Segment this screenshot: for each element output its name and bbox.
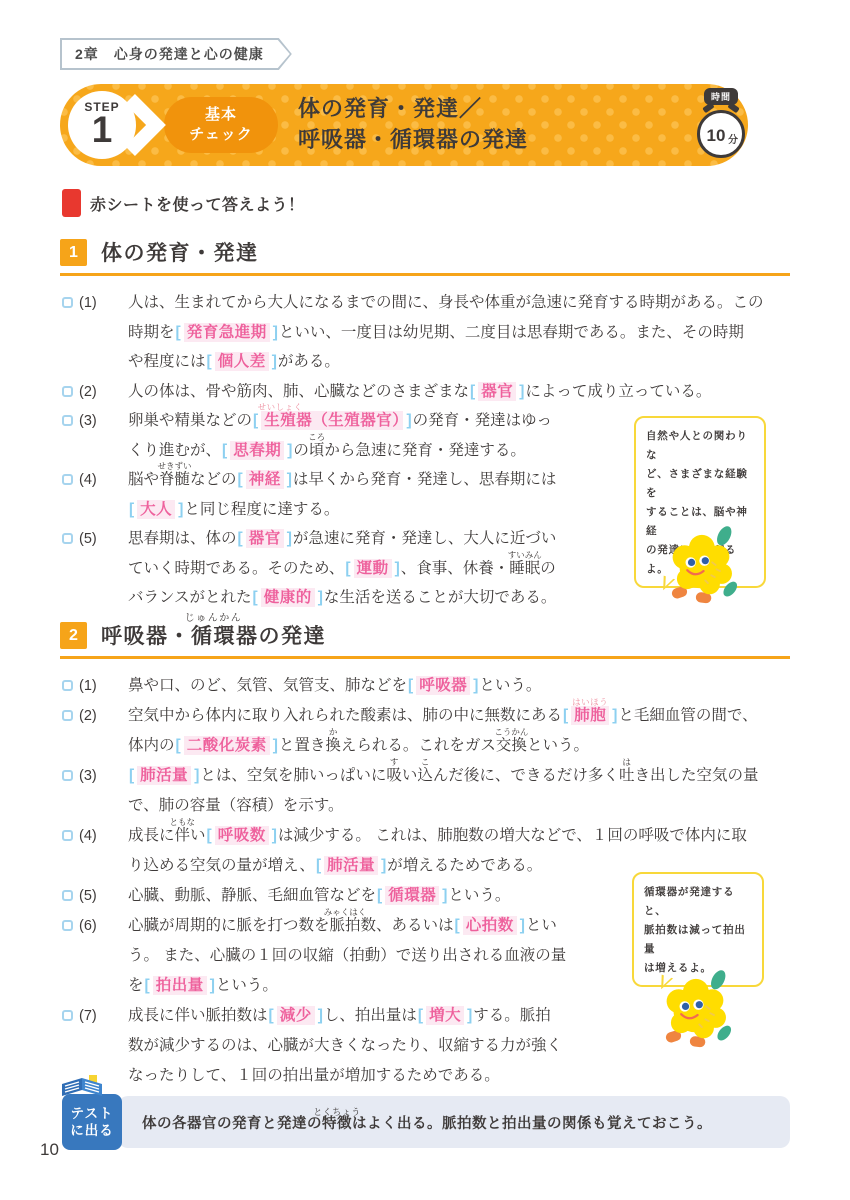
bracket-close: ] — [519, 917, 526, 934]
answer-checkbox[interactable] — [62, 415, 73, 426]
lesson-title: 体の発育・発達／ 呼吸器・循環器の発達 — [298, 93, 528, 155]
ruby-word: すいみん睡眠 — [509, 560, 540, 577]
question-item: (3)[肺活量]とは、空気を肺いっぱいにす吸いこ込んだ後に、できるだけ多くは吐き… — [60, 761, 790, 821]
step-banner: STEP 1 基本 チェック 体の発育・発達／ 呼吸器・循環器の発達 時間 10… — [60, 84, 748, 166]
bracket-open: [ — [237, 471, 244, 488]
question-marker: (2) — [60, 377, 128, 407]
answer-checkbox[interactable] — [62, 710, 73, 721]
step-badge: STEP 1 — [68, 91, 136, 159]
section-title: 呼吸器・じゅんかん循環器の発達 — [101, 620, 326, 650]
section-heading: 1体の発育・発達 — [60, 237, 790, 276]
furigana: じゅんかん — [185, 615, 243, 624]
bubble-line: 脈拍数は減って拍出量 — [644, 921, 752, 959]
workbook-page: 2章 心身の発達と心の健康 STEP 1 基本 チェック 体の発育・発達／ 呼吸… — [0, 0, 850, 1200]
ruby-word: ころ頃 — [309, 442, 325, 459]
ruby-word: はいほう肺胞 — [574, 707, 606, 724]
question-marker: (3) — [60, 406, 128, 436]
bracket-open: [ — [469, 383, 476, 400]
furigana: ころ — [308, 433, 325, 442]
question-line: 空気中から体内に取り入れられた酸素は、肺の中に無数にある[はいほう肺胞]と毛細血… — [128, 701, 790, 731]
furigana: こうかん — [494, 728, 528, 737]
question-line: 人は、生まれてから大人になるまでの間に、身長や体重が急速に発育する時期がある。こ… — [128, 288, 790, 318]
ruby-word: じゅんかん循環 — [191, 625, 236, 648]
question-number: (7) — [79, 1008, 97, 1024]
answer-checkbox[interactable] — [62, 830, 73, 841]
answer-checkbox[interactable] — [62, 890, 73, 901]
bracket-open: [ — [252, 589, 259, 606]
question-item: (1)鼻や口、のど、気管、気管支、肺などを[呼吸器]という。 — [60, 671, 790, 701]
book-icon — [58, 1074, 110, 1102]
ruby-word: とくちょう特徴 — [322, 1116, 352, 1132]
answer-checkbox[interactable] — [62, 474, 73, 485]
furigana: みゃくはく — [324, 908, 367, 917]
answer-checkbox[interactable] — [62, 1010, 73, 1021]
bracket-open: [ — [206, 827, 213, 844]
mascot-character — [656, 522, 746, 608]
step-number: 1 — [68, 112, 136, 148]
bracket-open: [ — [221, 442, 228, 459]
question-line: なったりして、１回の拍出量が増加するためである。 — [128, 1061, 790, 1091]
answer-text: 拍出量 — [153, 976, 207, 995]
ruby-word: す吸 — [386, 767, 402, 784]
answer-text: 循環器 — [385, 886, 439, 905]
question-text: 人は、生まれてから大人になるまでの間に、身長や体重が急速に発育する時期がある。こ… — [128, 288, 790, 377]
question-line: 鼻や口、のど、気管、気管支、肺などを[呼吸器]という。 — [128, 671, 790, 701]
furigana: せいしょく — [258, 403, 303, 412]
test-note-text: 体の各器官の発育と発達のとくちょう特徴はよく出る。脈拍数と拍出量の関係も覚えてお… — [142, 1112, 712, 1133]
bubble-line: 循環器が発達すると、 — [644, 883, 752, 921]
question-item: (2)人の体は、骨や筋肉、肺、心臓などのさまざまな[器官]によって成り立っている… — [60, 377, 790, 407]
bubble-line: 自然や人との関わりな — [646, 427, 754, 465]
answer-text: 二酸化炭素 — [184, 736, 270, 755]
bracket-close: ] — [394, 560, 401, 577]
answer-text: 肺活量 — [324, 856, 378, 875]
bracket-open: [ — [144, 977, 151, 994]
question-text: 空気中から体内に取り入れられた酸素は、肺の中に無数にある[はいほう肺胞]と毛細血… — [128, 701, 790, 761]
answer-text: 増大 — [426, 1006, 464, 1025]
bracket-open: [ — [344, 560, 351, 577]
test-note-badge: テスト に出る — [62, 1094, 122, 1150]
bracket-open: [ — [128, 767, 135, 784]
bracket-close: ] — [405, 412, 412, 429]
question-line: 時期を[発育急進期]といい、一度目は幼児期、二度目は思春期である。また、その時期 — [128, 318, 790, 348]
question-number: (1) — [79, 295, 97, 311]
section-number: 1 — [60, 239, 87, 266]
bracket-open: [ — [315, 857, 322, 874]
test-note-badge-line1: テスト — [71, 1106, 114, 1121]
answer-checkbox[interactable] — [62, 297, 73, 308]
question-marker: (5) — [60, 524, 128, 554]
bracket-open: [ — [417, 1007, 424, 1024]
basic-check-pill: 基本 チェック — [164, 97, 278, 153]
question-number: (2) — [79, 384, 97, 400]
time-allowance: 時間 10 分 — [692, 87, 750, 160]
furigana: とくちょう — [313, 1108, 361, 1117]
question-marker: (1) — [60, 288, 128, 318]
bracket-close: ] — [286, 471, 293, 488]
question-number: (5) — [79, 531, 97, 547]
bracket-open: [ — [268, 1007, 275, 1024]
answer-text: 減少 — [277, 1006, 315, 1025]
bracket-open: [ — [175, 737, 182, 754]
answer-text: 器官 — [246, 529, 284, 548]
time-label: 時間 — [704, 88, 738, 105]
question-number: (2) — [79, 708, 97, 724]
question-marker: (4) — [60, 821, 128, 851]
bracket-close: ] — [317, 1007, 324, 1024]
bracket-close: ] — [193, 767, 200, 784]
lesson-title-line2: 呼吸器・循環器の発達 — [298, 124, 528, 155]
furigana: こ — [421, 758, 430, 767]
furigana: は — [622, 758, 631, 767]
bracket-close: ] — [271, 827, 278, 844]
question-text: 鼻や口、のど、気管、気管支、肺などを[呼吸器]という。 — [128, 671, 790, 701]
question-text: 人の体は、骨や筋肉、肺、心臓などのさまざまな[器官]によって成り立っている。 — [128, 377, 790, 407]
answer-text: 心拍数 — [463, 916, 517, 935]
bracket-open: [ — [407, 677, 414, 694]
bracket-open: [ — [175, 324, 182, 341]
bracket-close: ] — [286, 530, 293, 547]
furigana: すいみん — [508, 551, 542, 560]
red-sheet-marker — [62, 189, 81, 217]
bracket-close: ] — [286, 442, 293, 459]
ruby-word: こうかん交換 — [496, 737, 527, 754]
section-number: 2 — [60, 622, 87, 649]
basic-check-line1: 基本 — [205, 106, 237, 123]
ruby-word: か換 — [325, 737, 341, 754]
furigana: す — [390, 758, 399, 767]
question-line: 成長にともな伴い[呼吸数]は減少する。 これは、肺胞数の増大などで、１回の呼吸で… — [128, 821, 790, 851]
bracket-close: ] — [272, 737, 279, 754]
bracket-close: ] — [177, 501, 184, 518]
instruction-row: 赤シートを使って答えよう！ — [62, 189, 305, 217]
question-marker: (7) — [60, 1001, 128, 1031]
question-marker: (6) — [60, 911, 128, 941]
section-heading: 2呼吸器・じゅんかん循環器の発達 — [60, 620, 790, 659]
bracket-close: ] — [209, 977, 216, 994]
question-marker: (5) — [60, 881, 128, 911]
question-text: [肺活量]とは、空気を肺いっぱいにす吸いこ込んだ後に、できるだけ多くは吐き出した… — [128, 761, 790, 821]
stopwatch-icon: 10 分 — [694, 102, 748, 160]
bubble-line: ど、さまざまな経験を — [646, 465, 754, 503]
furigana: ともな — [170, 818, 196, 827]
question-number: (4) — [79, 828, 97, 844]
question-number: (6) — [79, 918, 97, 934]
bracket-close: ] — [466, 1007, 473, 1024]
bracket-open: [ — [454, 917, 461, 934]
question-line: 体内の[二酸化炭素]と置きか換えられる。これをガスこうかん交換という。 — [128, 731, 790, 761]
bracket-close: ] — [611, 707, 618, 724]
bracket-open: [ — [562, 707, 569, 724]
question-number: (1) — [79, 678, 97, 694]
question-line: [肺活量]とは、空気を肺いっぱいにす吸いこ込んだ後に、できるだけ多くは吐き出した… — [128, 761, 790, 791]
answer-text: はいほう肺胞 — [571, 706, 609, 725]
bracket-close: ] — [272, 324, 279, 341]
bracket-open: [ — [376, 887, 383, 904]
basic-check-line2: チェック — [189, 126, 253, 143]
bracket-close: ] — [317, 589, 324, 606]
answer-checkbox[interactable] — [62, 920, 73, 931]
question-number: (4) — [79, 472, 97, 488]
ruby-word: みゃくはく脈拍 — [330, 917, 361, 934]
bracket-open: [ — [252, 412, 259, 429]
test-note-badge-line2: に出る — [70, 1123, 114, 1138]
answer-checkbox[interactable] — [62, 533, 73, 544]
answer-checkbox[interactable] — [62, 386, 73, 397]
furigana: せきずい — [158, 462, 192, 471]
question-item: (1)人は、生まれてから大人になるまでの間に、身長や体重が急速に発育する時期があ… — [60, 288, 790, 377]
bracket-open: [ — [128, 501, 135, 518]
ruby-word: せいしょく生殖 — [264, 412, 296, 429]
answer-text: 器官 — [478, 382, 516, 401]
answer-text: 運動 — [354, 559, 392, 578]
instruction-text: 赤シートを使って答えよう！ — [90, 192, 305, 215]
chapter-tag: 2章 心身の発達と心の健康 — [60, 38, 292, 70]
ruby-word: せきずい脊髄 — [159, 471, 190, 488]
question-item: (2)空気中から体内に取り入れられた酸素は、肺の中に無数にある[はいほう肺胞]と… — [60, 701, 790, 761]
ruby-word: ともな伴 — [175, 827, 191, 844]
answer-checkbox[interactable] — [62, 770, 73, 781]
test-note-box: 体の各器官の発育と発達のとくちょう特徴はよく出る。脈拍数と拍出量の関係も覚えてお… — [118, 1096, 790, 1148]
answer-text: 個人差 — [215, 352, 269, 371]
bracket-close: ] — [472, 677, 479, 694]
question-marker: (4) — [60, 465, 128, 495]
lesson-title-line1: 体の発育・発達／ — [298, 93, 528, 124]
question-number: (5) — [79, 888, 97, 904]
bracket-close: ] — [441, 887, 448, 904]
page-number: 10 — [40, 1140, 59, 1160]
answer-text: 大人 — [137, 500, 175, 519]
question-line: や程度には[個人差]がある。 — [128, 347, 790, 377]
answer-text: 思春期 — [230, 441, 284, 460]
bracket-close: ] — [518, 383, 525, 400]
answer-text: せいしょく生殖器（生殖器官） — [261, 411, 403, 430]
answer-text: 神経 — [246, 470, 284, 489]
bracket-open: [ — [206, 353, 213, 370]
question-number: (3) — [79, 413, 97, 429]
furigana: はいほう — [572, 698, 608, 707]
bracket-close: ] — [380, 857, 387, 874]
answer-text: 肺活量 — [137, 766, 191, 785]
answer-text: 発育急進期 — [184, 323, 270, 342]
question-marker: (3) — [60, 761, 128, 791]
answer-text: 健康的 — [261, 588, 315, 607]
section-title: 体の発育・発達 — [101, 237, 259, 267]
question-marker: (2) — [60, 701, 128, 731]
ruby-word: こ込 — [417, 767, 433, 784]
question-number: (3) — [79, 768, 97, 784]
question-line: 人の体は、骨や筋肉、肺、心臓などのさまざまな[器官]によって成り立っている。 — [128, 377, 790, 407]
answer-checkbox[interactable] — [62, 680, 73, 691]
bracket-open: [ — [237, 530, 244, 547]
time-value: 10 — [707, 126, 726, 145]
mascot-character — [650, 966, 740, 1052]
time-unit: 分 — [728, 133, 738, 146]
answer-text: 呼吸数 — [215, 826, 269, 845]
furigana: か — [329, 728, 338, 737]
chapter-tag-label: 2章 心身の発達と心の健康 — [62, 40, 290, 68]
bracket-close: ] — [271, 353, 278, 370]
question-line: で、肺の容量（容積）を示す。 — [128, 791, 790, 821]
question-marker: (1) — [60, 671, 128, 701]
answer-text: 呼吸器 — [416, 676, 470, 695]
ruby-word: は吐 — [619, 767, 635, 784]
